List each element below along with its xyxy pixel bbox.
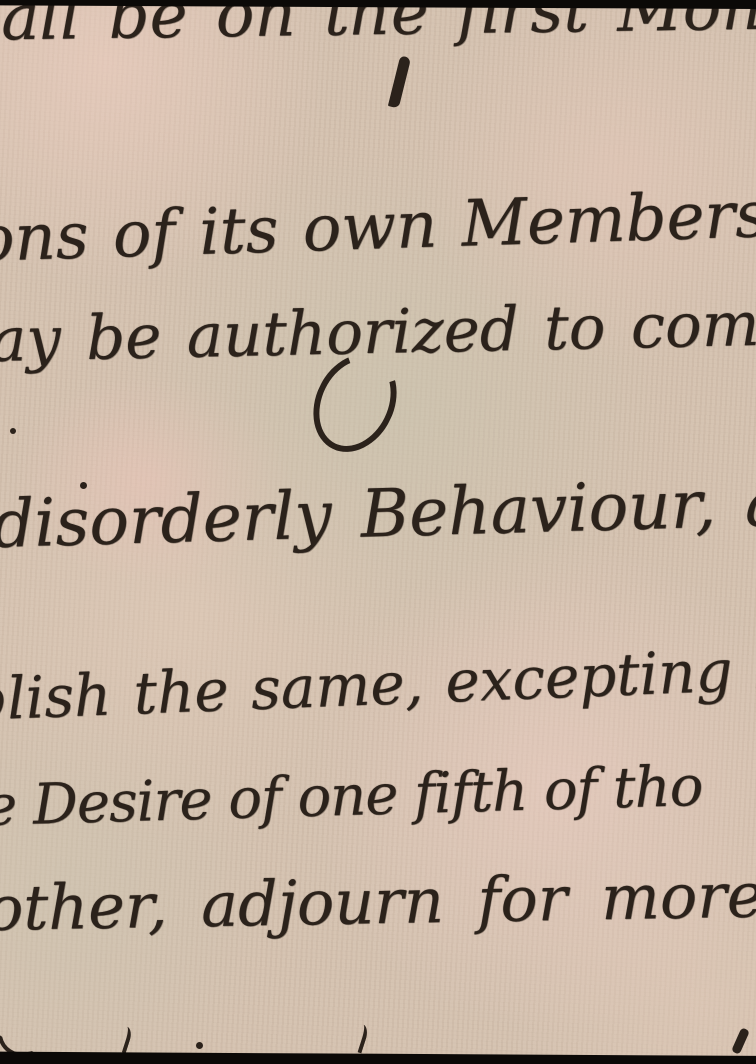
handwritten-line-6: e Desire of one fifth of tho bbox=[0, 754, 703, 839]
cutoff-letter-fragment bbox=[112, 1024, 133, 1053]
cutoff-letter-fragment bbox=[196, 1042, 203, 1049]
bottom-crop-bar bbox=[0, 1050, 756, 1064]
cutoff-letter-fragment bbox=[348, 1023, 370, 1054]
handwritten-line-7: other, adjourn for more bbox=[0, 858, 756, 945]
ink-speck bbox=[80, 482, 87, 489]
ink-descender-flourish bbox=[388, 55, 411, 108]
handwritten-line-2: ons of its own Members, a bbox=[0, 176, 756, 277]
manuscript-photo: hall be on the first Mon ons of its own … bbox=[0, 0, 756, 1064]
ink-speck bbox=[10, 428, 16, 434]
handwritten-line-4: disorderly Behaviour, a bbox=[0, 464, 756, 563]
handwritten-line-5: blish the same, excepting s bbox=[0, 635, 756, 734]
cutoff-letter-fragment bbox=[731, 1027, 750, 1054]
